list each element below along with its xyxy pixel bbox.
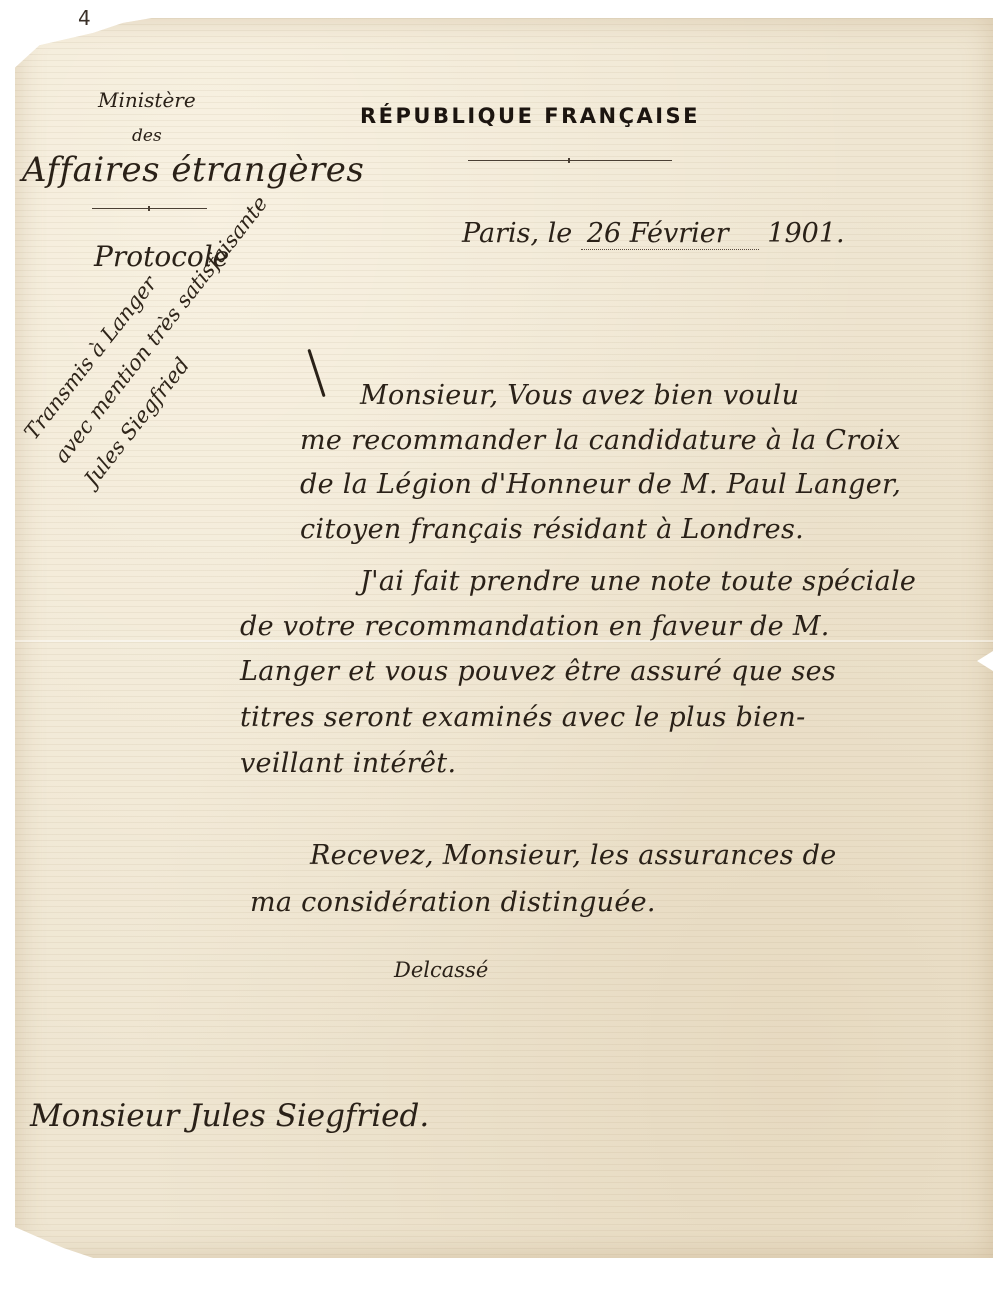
body-line: titres seront examinés avec le plus bien… [240, 702, 806, 733]
closing-line: Recevez, Monsieur, les assurances de [310, 840, 837, 871]
body-line: J'ai fait prendre une note toute spécial… [360, 566, 916, 597]
signature: Delcassé [394, 958, 488, 982]
body-line: me recommander la candidature à la Croix [300, 425, 900, 456]
addressee: Monsieur Jules Siegfried. [30, 1098, 429, 1134]
date-day-month: 26 Février [581, 218, 759, 250]
body-line: veillant intérêt. [240, 748, 456, 779]
date-year: 1901. [767, 218, 844, 249]
ministry-name-line1: Ministère [98, 88, 196, 112]
date-place: Paris, le [462, 218, 572, 249]
body-line: Monsieur, Vous avez bien voulu [360, 380, 799, 411]
body-line: de votre recommandation en faveur de M. [240, 611, 830, 642]
republic-heading: RÉPUBLIQUE FRANÇAISE [360, 104, 700, 128]
ministry-name-line2: des [132, 126, 162, 146]
date-line: Paris, le 26 Février 1901. [462, 218, 845, 249]
body-line: citoyen français résidant à Londres. [300, 514, 804, 545]
page-number: 4 [78, 6, 91, 30]
closing-line: ma considération distinguée. [250, 887, 656, 918]
paper-tear [977, 651, 993, 671]
body-line: Langer et vous pouvez être assuré que se… [240, 656, 836, 687]
letterhead-divider-right [468, 160, 672, 161]
body-line: de la Légion d'Honneur de M. Paul Langer… [300, 469, 901, 500]
